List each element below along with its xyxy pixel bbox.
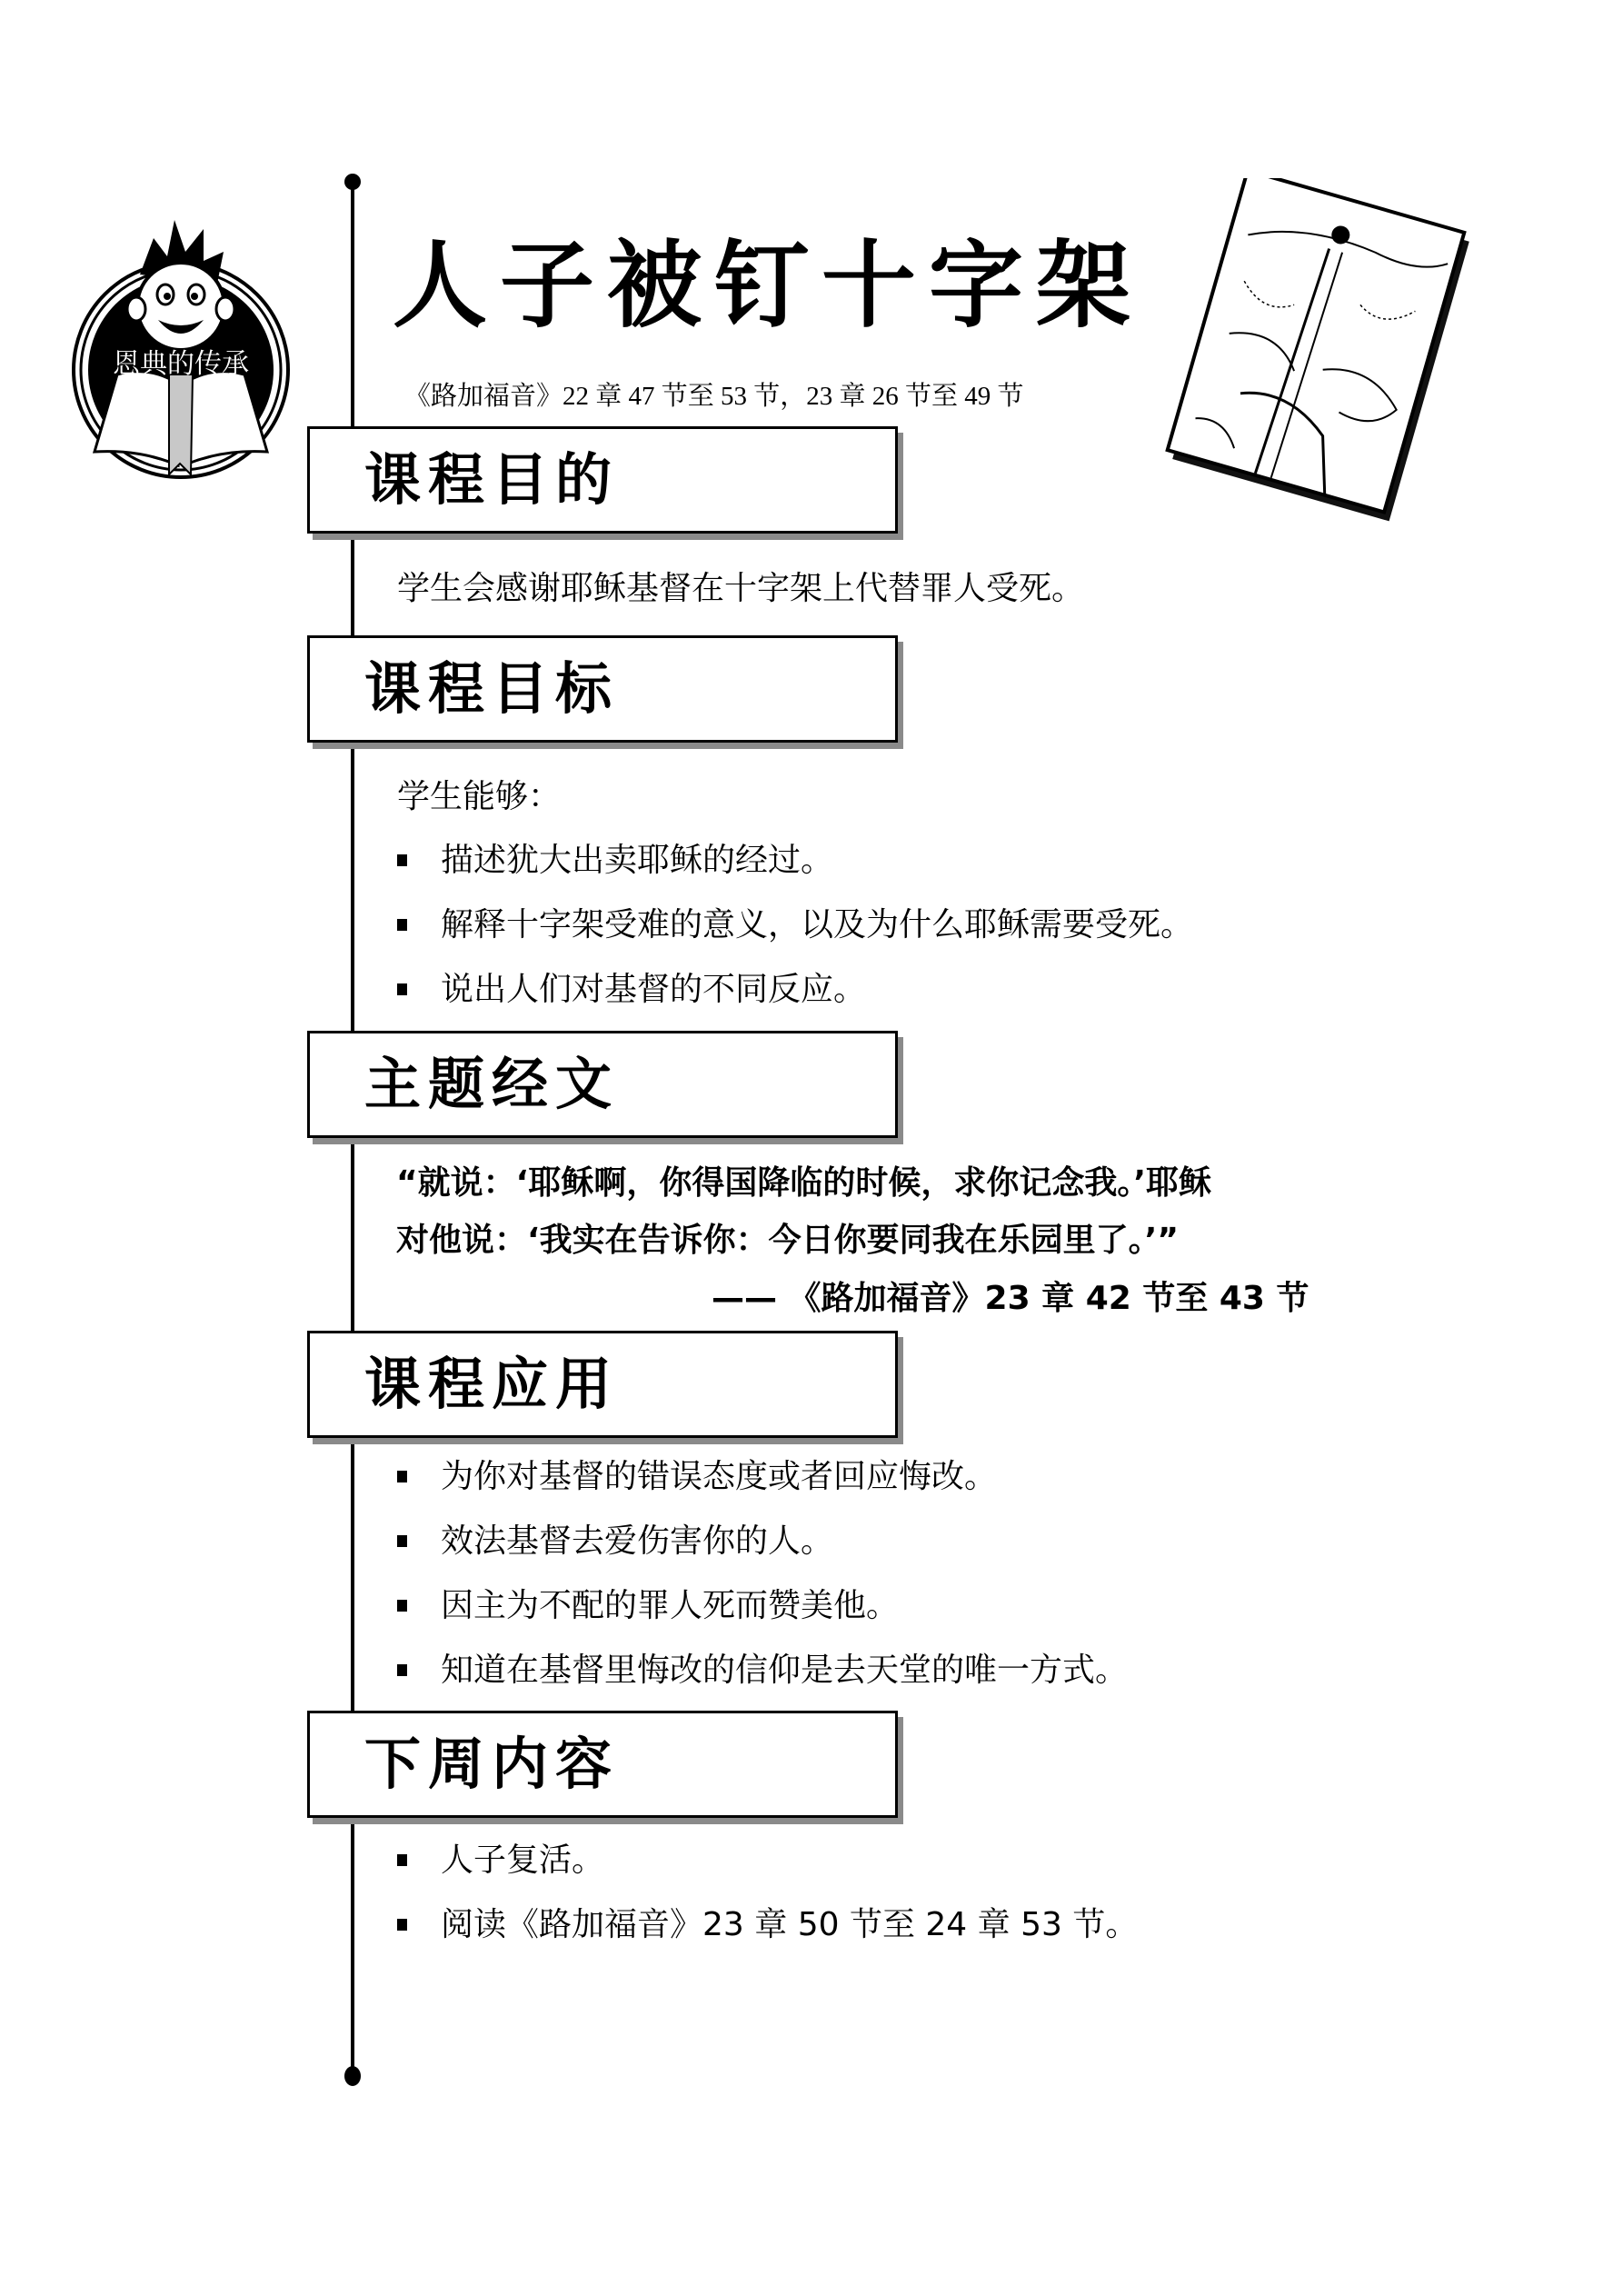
bullet-icon: [397, 919, 407, 931]
section-heading: 课程目标: [364, 658, 619, 720]
key-verse-quote: “就说：‘耶稣啊，你得国降临的时候，求你记念我。’耶稣 对他说：‘我实在告诉你：…: [396, 1154, 1211, 1269]
list-item: 知道在基督里悔改的信仰是去天堂的唯一方式。: [397, 1651, 1128, 1690]
logo-text: 恩典的传承: [113, 348, 249, 380]
bullet-icon: [397, 854, 407, 866]
timeline-end-dot: [344, 2066, 361, 2086]
list-item: 效法基督去爱伤害你的人。: [397, 1522, 833, 1561]
list-item: 人子复活。: [397, 1841, 604, 1880]
section-heading: 课程目的: [364, 449, 619, 511]
crucifixion-illustration: [1163, 178, 1481, 533]
logo: 恩典的传承: [67, 211, 294, 484]
boy-reading-bible-logo-icon: 恩典的传承: [67, 211, 294, 484]
section-header-application: 课程应用: [307, 1331, 898, 1438]
list-item: 阅读《路加福音》23 章 50 节至 24 章 53 节。: [397, 1905, 1138, 1944]
section-heading: 主题经文: [364, 1053, 619, 1115]
timeline-start-dot: [344, 174, 361, 190]
bullet-icon: [397, 983, 407, 995]
crucifixion-drawing-icon: [1163, 178, 1481, 533]
bullet-icon: [397, 1919, 407, 1931]
section-heading: 课程应用: [364, 1353, 619, 1415]
list-item: 因主为不配的罪人死而赞美他。: [397, 1586, 899, 1625]
list-item: 描述犹大出卖耶稣的经过。: [397, 841, 833, 880]
objectives-intro: 学生能够：: [397, 777, 561, 816]
bullet-icon: [397, 1471, 407, 1482]
list-item: 解释十字架受难的意义，以及为什么耶稣需要受死。: [397, 905, 1193, 944]
key-verse-reference: —— 《路加福音》23 章 42 节至 43 节: [712, 1273, 1309, 1319]
bullet-icon: [397, 1854, 407, 1866]
bullet-icon: [397, 1664, 407, 1676]
section-header-objectives: 课程目标: [307, 635, 898, 743]
section-header-purpose: 课程目的: [307, 426, 898, 534]
bullet-icon: [397, 1535, 407, 1547]
purpose-text: 学生会感谢耶稣基督在十字架上代替罪人受死。: [397, 569, 1084, 608]
page-title: 人子被钉十字架: [393, 238, 1143, 333]
list-item: 说出人们对基督的不同反应。: [397, 970, 866, 1009]
list-item: 为你对基督的错误态度或者回应悔改。: [397, 1457, 997, 1496]
scripture-range: 《路加福音》22 章 47 节至 53 节，23 章 26 节至 49 节: [404, 375, 1024, 413]
section-header-key-verse: 主题经文: [307, 1031, 898, 1138]
section-heading: 下周内容: [364, 1733, 619, 1795]
bullet-icon: [397, 1600, 407, 1612]
section-header-next-week: 下周内容: [307, 1711, 898, 1818]
